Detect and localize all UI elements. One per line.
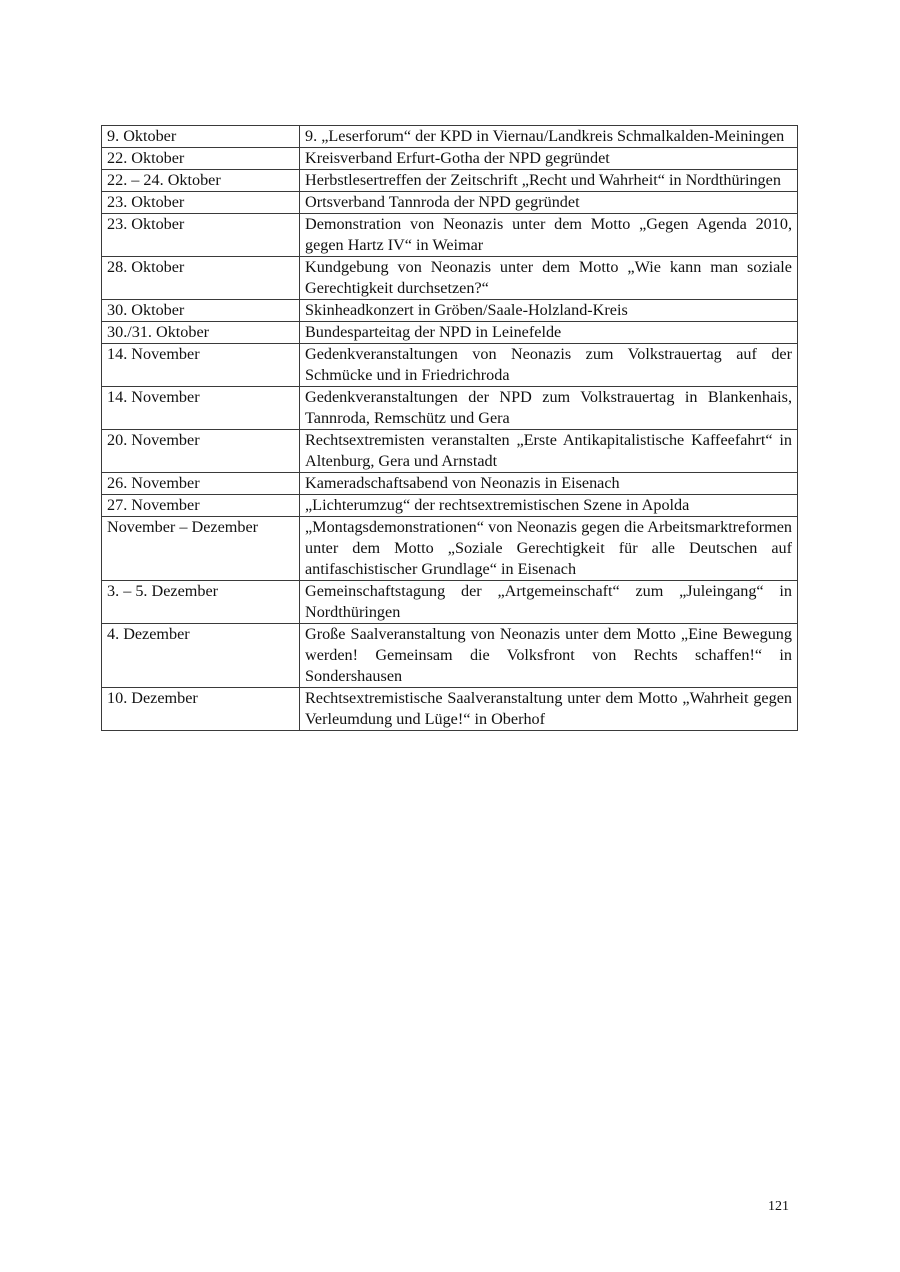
table-row: 27. November„Lichterumzug“ der rechtsext… [102,495,798,517]
event-description-cell: Kameradschaftsabend von Neonazis in Eise… [300,473,798,495]
event-description-cell: Herbstlesertreffen der Zeitschrift „Rech… [300,170,798,192]
event-description-cell: Gemeinschaftstagung der „Artgemeinschaft… [300,581,798,624]
table-row: 23. OktoberOrtsverband Tannroda der NPD … [102,192,798,214]
event-date-cell: 22. Oktober [102,148,300,170]
event-date-cell: 30. Oktober [102,300,300,322]
event-date-cell: 9. Oktober [102,126,300,148]
event-date-cell: 26. November [102,473,300,495]
chronology-table: 9. Oktober9. „Leserforum“ der KPD in Vie… [101,125,798,731]
table-row: 10. DezemberRechtsextremistische Saalver… [102,688,798,731]
table-row: 20. NovemberRechtsextremisten veranstalt… [102,430,798,473]
event-date-cell: 4. Dezember [102,624,300,688]
event-date-cell: 23. Oktober [102,192,300,214]
table-row: 28. OktoberKundgebung von Neonazis unter… [102,257,798,300]
table-row: 22. – 24. OktoberHerbstlesertreffen der … [102,170,798,192]
table-row: 14. NovemberGedenkveranstaltungen der NP… [102,387,798,430]
page-number: 121 [768,1198,789,1216]
event-description-cell: Skinheadkonzert in Gröben/Saale-Holzland… [300,300,798,322]
event-date-cell: 23. Oktober [102,214,300,257]
event-date-cell: 28. Oktober [102,257,300,300]
event-date-cell: 3. – 5. Dezember [102,581,300,624]
event-description-cell: Ortsverband Tannroda der NPD gegründet [300,192,798,214]
event-description-cell: „Montagsdemonstrationen“ von Neonazis ge… [300,517,798,581]
event-description-cell: Große Saalveranstaltung von Neonazis unt… [300,624,798,688]
event-description-cell: Rechtsextremistische Saalveranstaltung u… [300,688,798,731]
chronology-table-body: 9. Oktober9. „Leserforum“ der KPD in Vie… [102,126,798,731]
event-description-cell: Demonstration von Neonazis unter dem Mot… [300,214,798,257]
event-date-cell: 22. – 24. Oktober [102,170,300,192]
table-row: 26. NovemberKameradschaftsabend von Neon… [102,473,798,495]
event-date-cell: 14. November [102,344,300,387]
event-description-cell: Gedenkveranstaltungen der NPD zum Volkst… [300,387,798,430]
event-description-cell: Gedenkveranstaltungen von Neonazis zum V… [300,344,798,387]
table-row: 30. OktoberSkinheadkonzert in Gröben/Saa… [102,300,798,322]
table-row: 3. – 5. DezemberGemeinschaftstagung der … [102,581,798,624]
event-date-cell: 14. November [102,387,300,430]
event-date-cell: 30./31. Oktober [102,322,300,344]
event-description-cell: Rechtsextremisten veranstalten „Erste An… [300,430,798,473]
table-row: 22. OktoberKreisverband Erfurt-Gotha der… [102,148,798,170]
table-row: 23. OktoberDemonstration von Neonazis un… [102,214,798,257]
table-row: 14. NovemberGedenkveranstaltungen von Ne… [102,344,798,387]
event-description-cell: Kundgebung von Neonazis unter dem Motto … [300,257,798,300]
event-description-cell: Kreisverband Erfurt-Gotha der NPD gegrün… [300,148,798,170]
event-description-cell: „Lichterumzug“ der rechtsextremistischen… [300,495,798,517]
event-date-cell: 20. November [102,430,300,473]
table-row: 9. Oktober9. „Leserforum“ der KPD in Vie… [102,126,798,148]
table-row: 4. DezemberGroße Saalveranstaltung von N… [102,624,798,688]
event-date-cell: 10. Dezember [102,688,300,731]
event-date-cell: 27. November [102,495,300,517]
document-page: 9. Oktober9. „Leserforum“ der KPD in Vie… [0,0,900,1272]
event-description-cell: 9. „Leserforum“ der KPD in Viernau/Landk… [300,126,798,148]
event-description-cell: Bundesparteitag der NPD in Leinefelde [300,322,798,344]
table-row: November – Dezember„Montagsdemonstration… [102,517,798,581]
event-date-cell: November – Dezember [102,517,300,581]
table-row: 30./31. OktoberBundesparteitag der NPD i… [102,322,798,344]
